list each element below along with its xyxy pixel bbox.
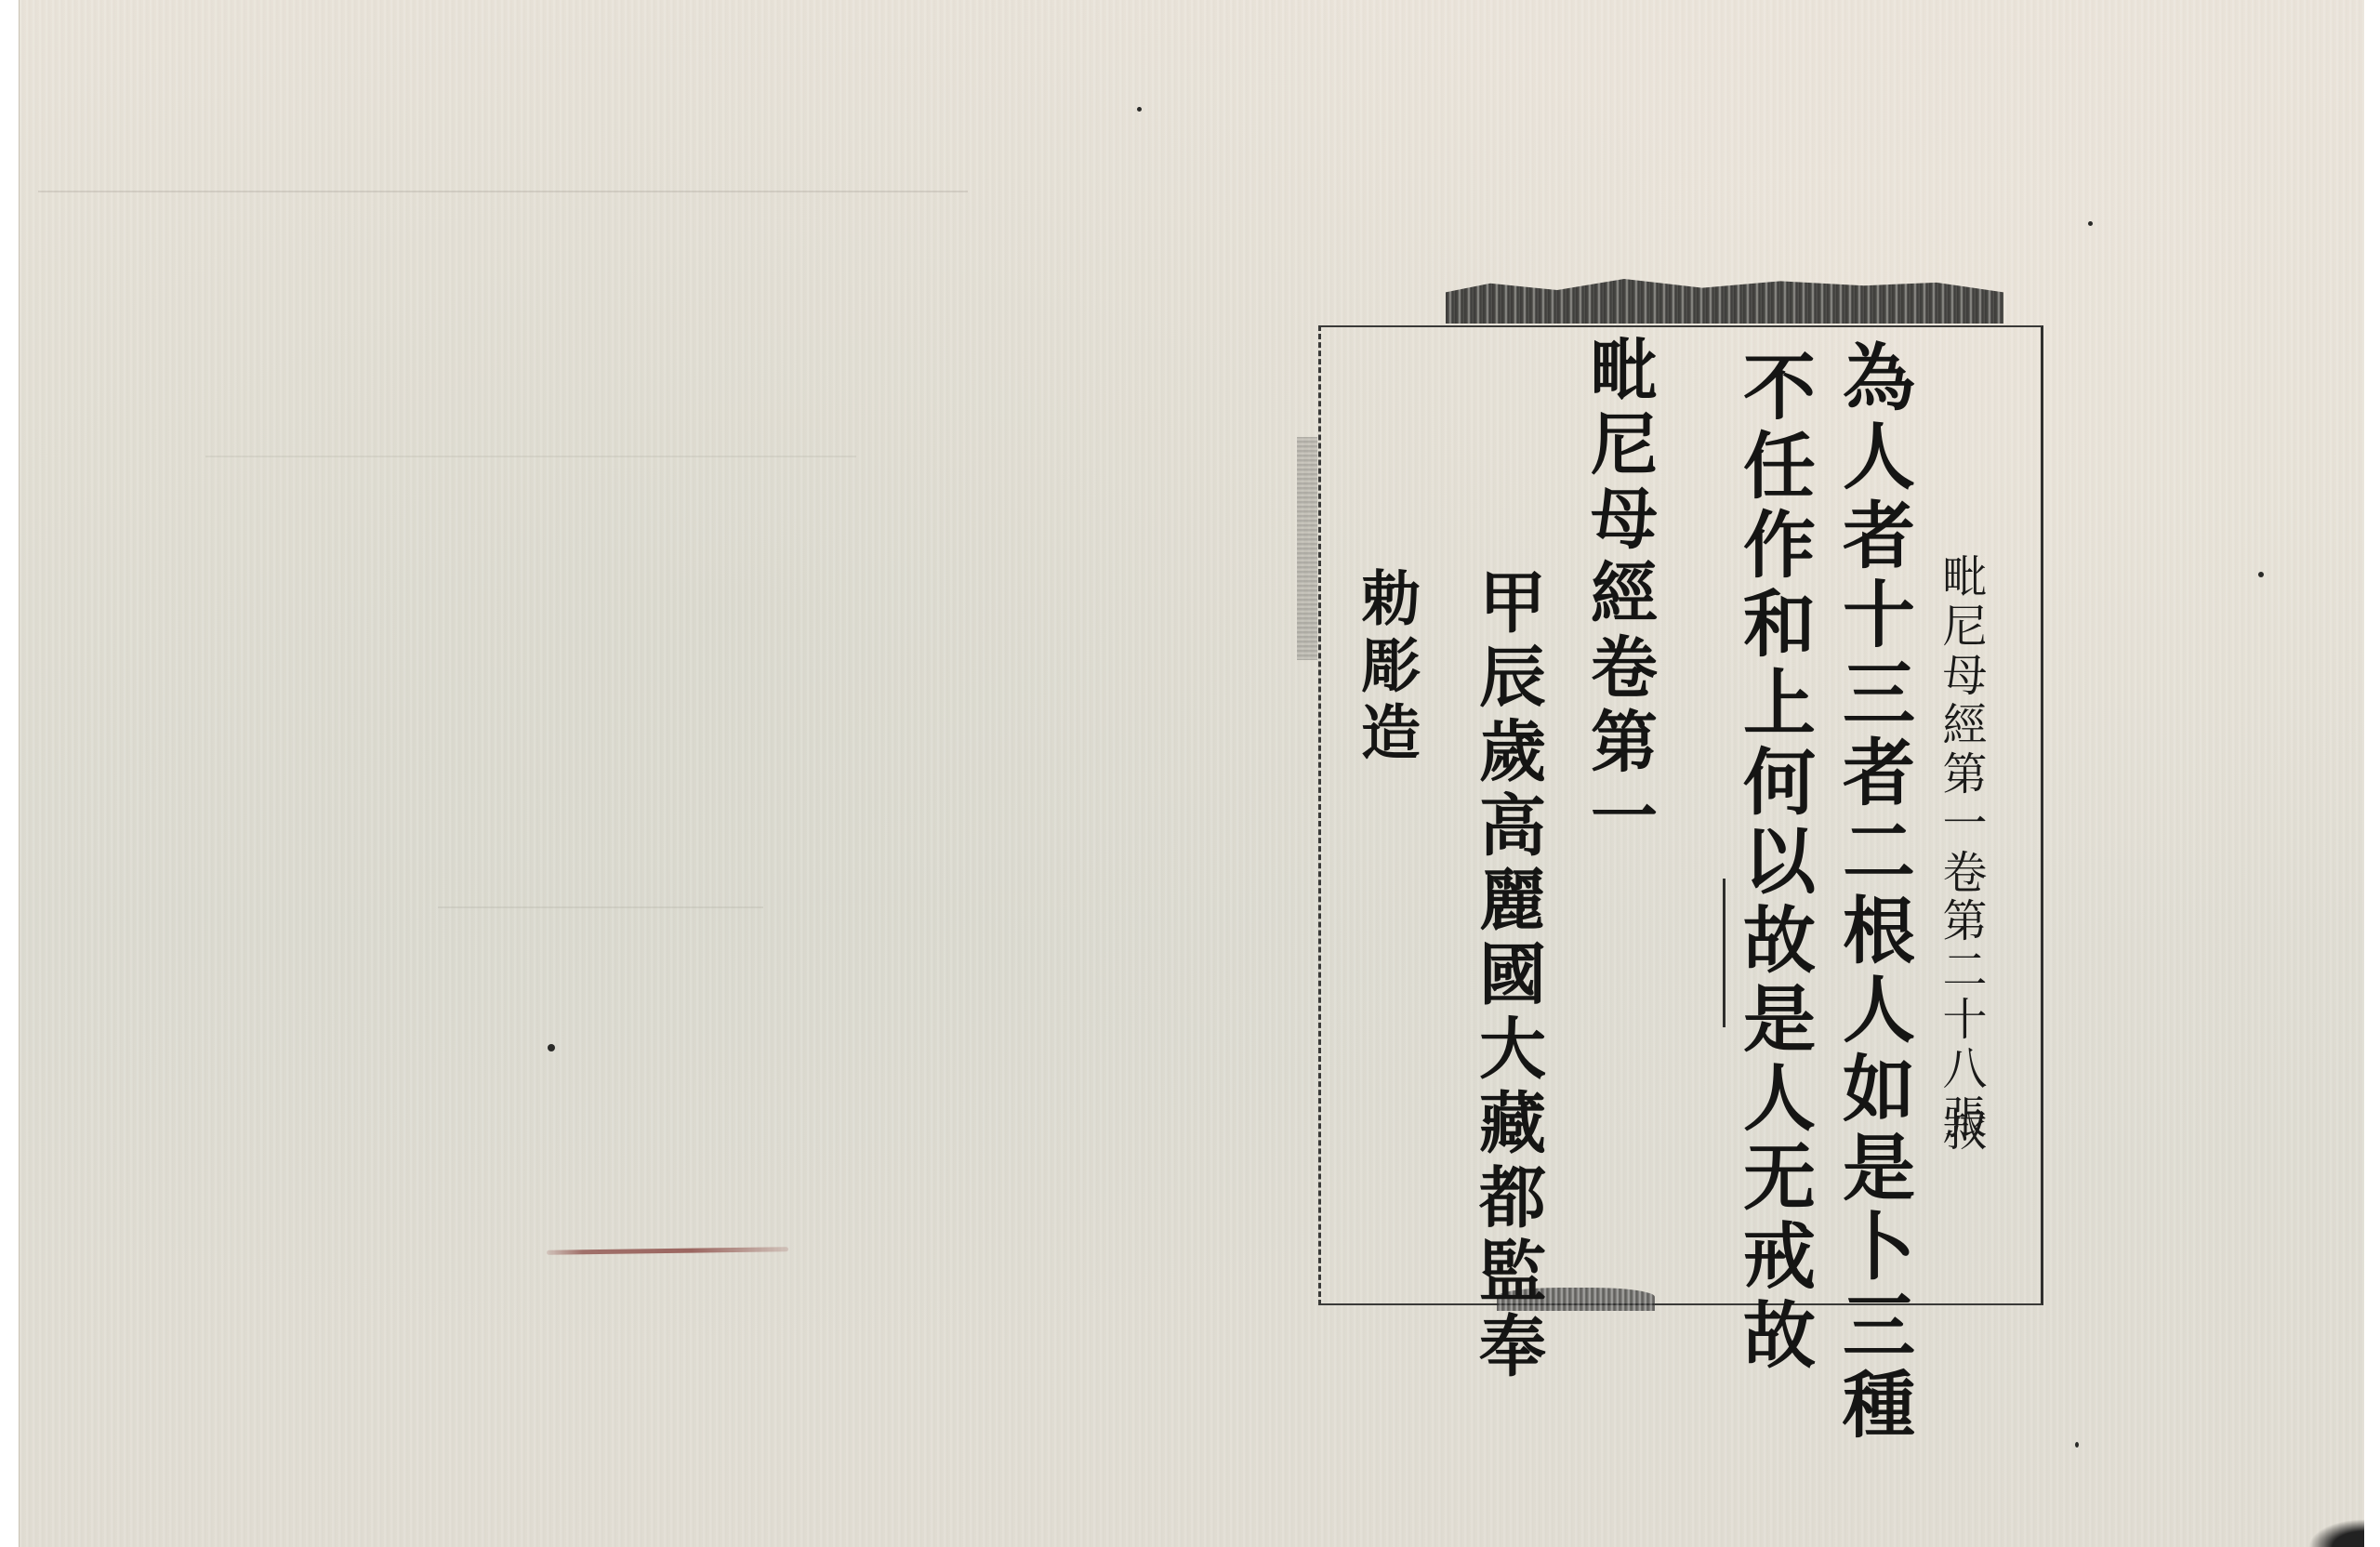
text-line: 為人者十三者二根人如是卜三種 (1831, 339, 1915, 1446)
ink-speck (2075, 1442, 2079, 1448)
colophon-column-2: 勅彫造 (1355, 567, 1415, 768)
ink-speck (2088, 221, 2093, 226)
ink-speck (2258, 572, 2264, 577)
ink-speck (1137, 107, 1142, 112)
volume-title: 毗尼母經卷第一 (1580, 335, 1659, 855)
text-line: 不任作和上何以故是人无戒故 (1731, 349, 1816, 1376)
fold-crease (205, 456, 856, 457)
ink-speck (548, 1044, 555, 1051)
column-rule (1723, 879, 1725, 1027)
colophon-line: 勅彫造 (1351, 567, 1421, 768)
red-fiber-mark (547, 1247, 788, 1255)
carver-mark: 叔 (1935, 1106, 1987, 1156)
margin-title-column: 毗尼母經第一卷 (1938, 553, 1983, 898)
left-ink-smear (1297, 437, 1317, 660)
text-column-2: 不任作和上何以故是人无戒故 (1737, 349, 1809, 1376)
colophon-line: 甲辰歲高麗國大藏都監奉 (1468, 567, 1547, 1385)
margin-title: 毗尼母經第一卷 (1935, 553, 1987, 898)
fold-crease (38, 191, 968, 192)
text-column-1: 為人者十三者二根人如是卜三種 (1836, 339, 1909, 1446)
carver-name-column: 叔 (1938, 1106, 1983, 1156)
fold-crease (438, 906, 763, 908)
colophon-column-1: 甲辰歲高麗國大藏都監奉 (1474, 567, 1540, 1385)
volume-title-column: 毗尼母經卷第一 (1585, 335, 1652, 855)
